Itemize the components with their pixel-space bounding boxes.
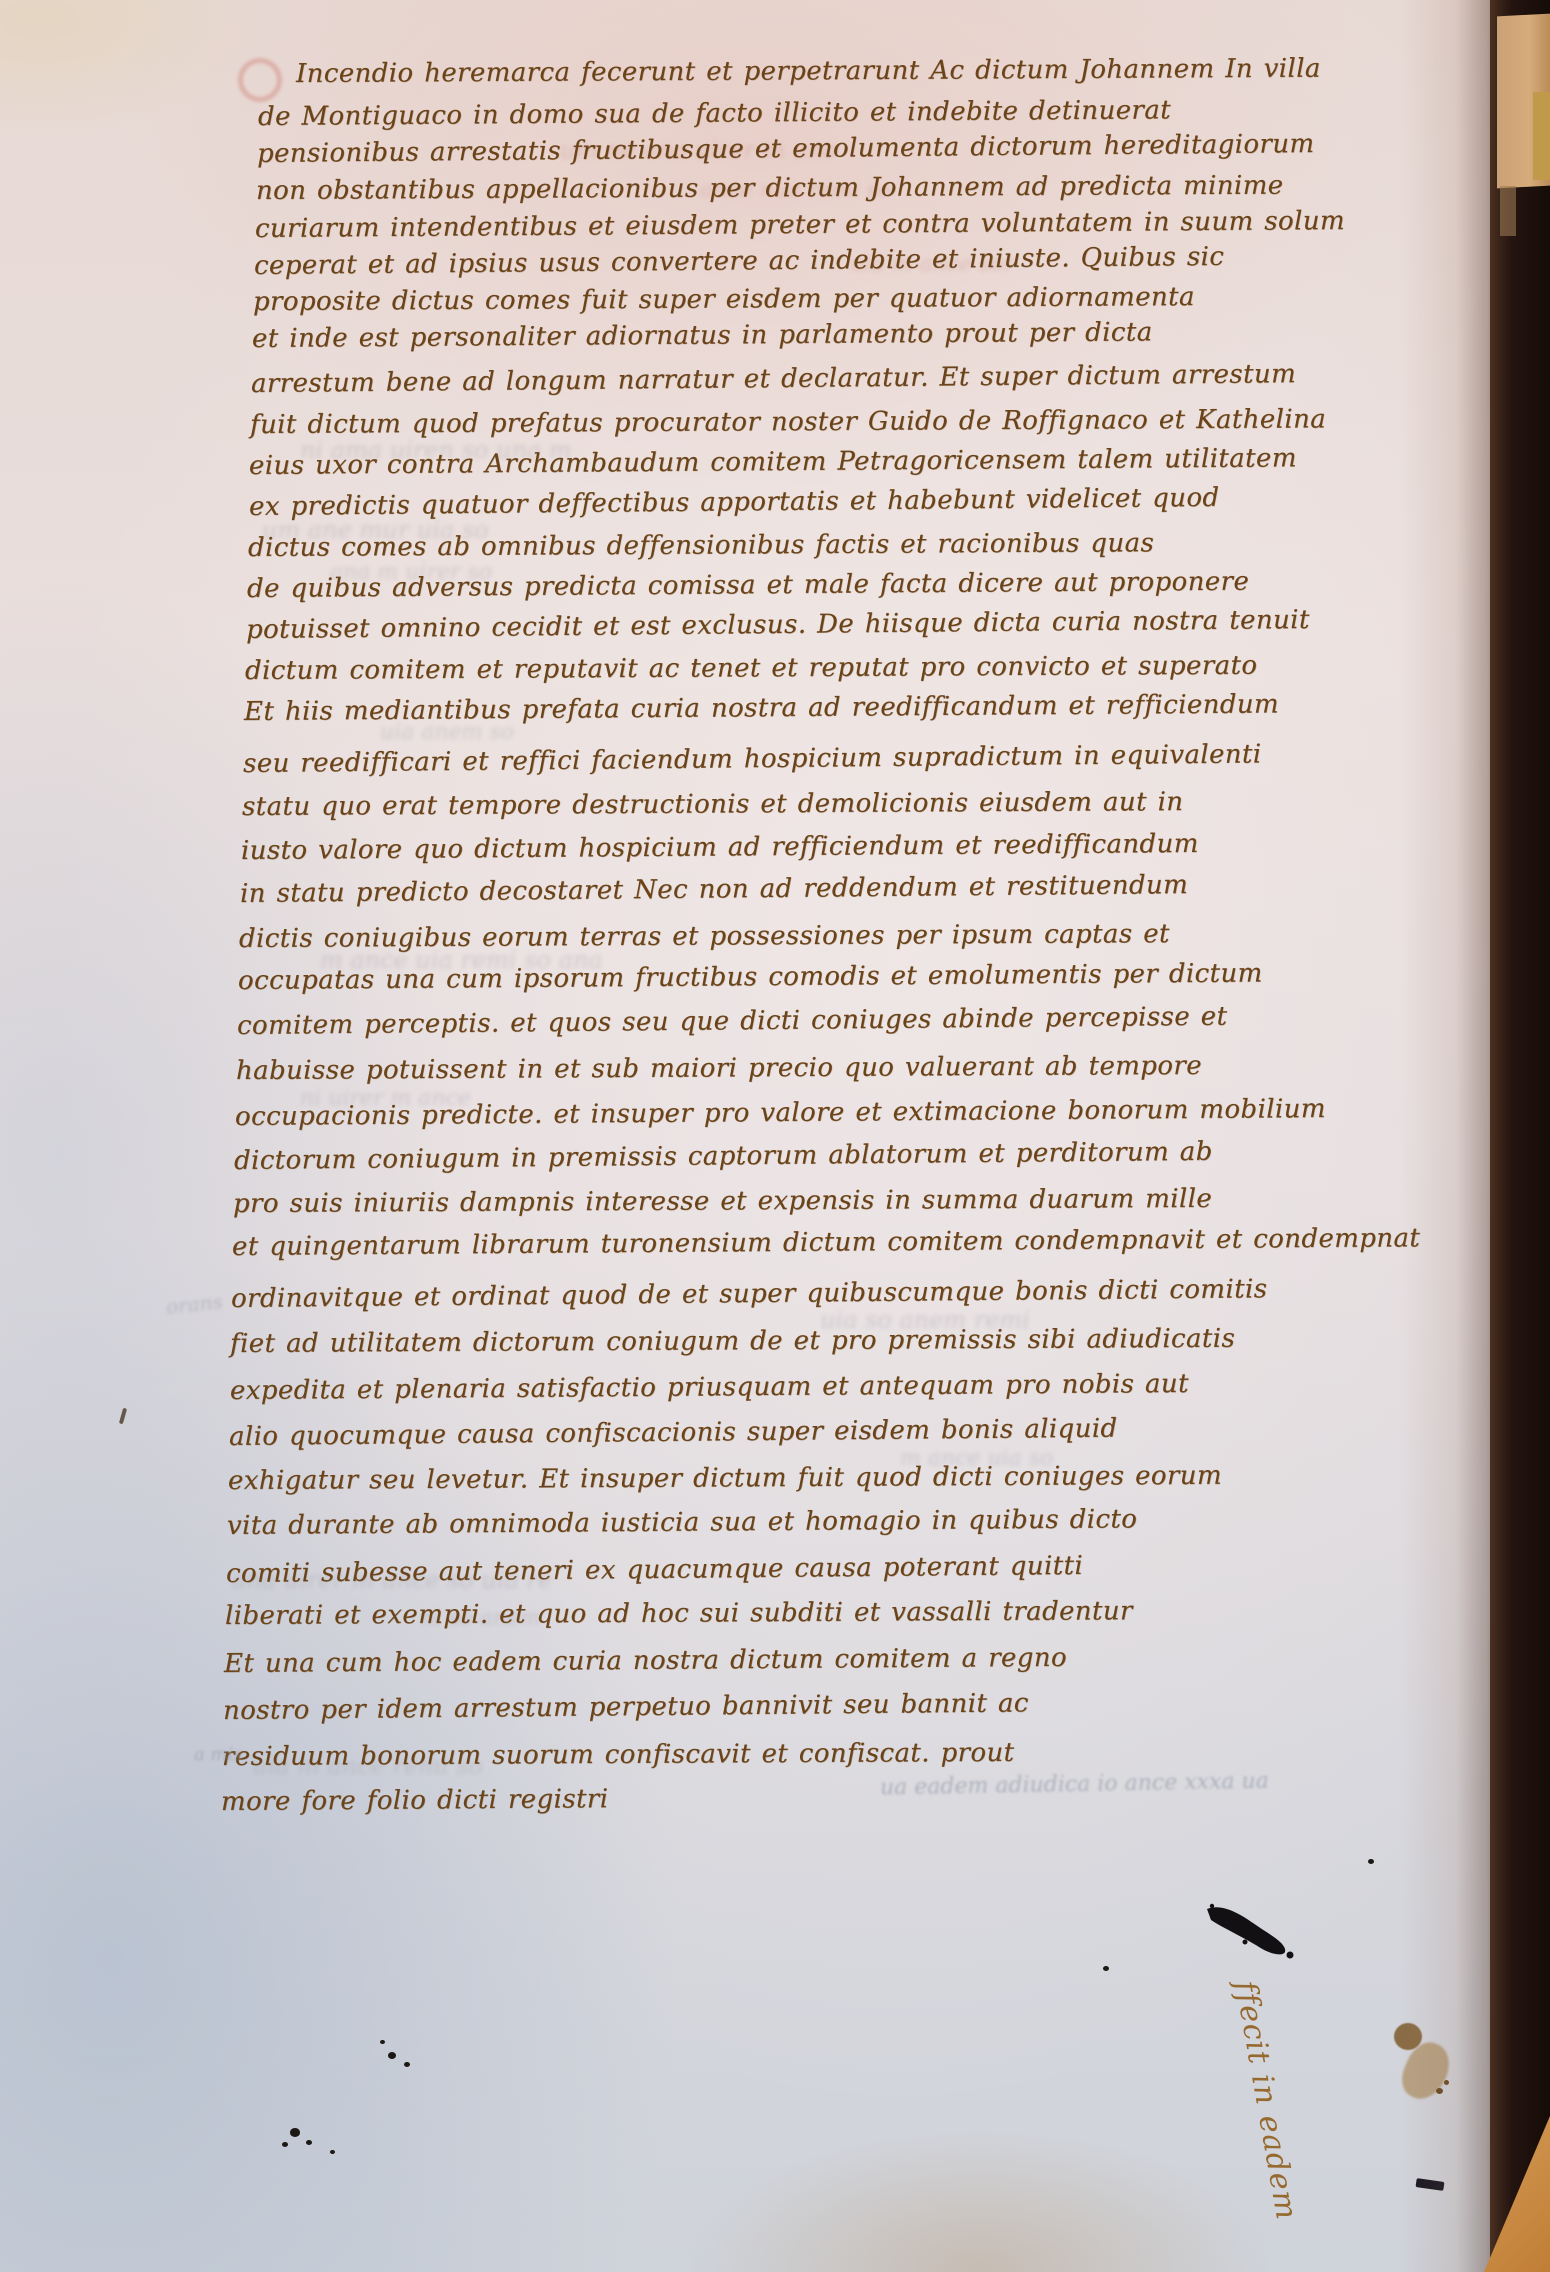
text-line: occupatas una cum ipsorum fructibus como…: [238, 958, 1263, 996]
text-line: arrestum bene ad longum narratur et decl…: [251, 359, 1296, 399]
book-gutter-shadow: [1490, 0, 1550, 2272]
ink-speck: [404, 2062, 410, 2067]
ink-speck: [290, 2128, 300, 2137]
text-line: habuisse potuissent in et sub maiori pre…: [236, 1051, 1202, 1086]
parchment-page: um ne ana uirer m anoance nua remi souia…: [0, 0, 1550, 2272]
text-line: Incendio heremarca fecerunt et perpetrar…: [296, 54, 1321, 89]
text-line: seu reedifficari et reffici faciendum ho…: [243, 739, 1262, 779]
initial-paraph-mark: [238, 58, 282, 102]
text-line: comitem perceptis. et quos seu que dicti…: [237, 1002, 1228, 1041]
text-line: liberati et exempti. et quo ad hoc sui s…: [225, 1596, 1133, 1631]
ink-speck: [388, 2052, 396, 2059]
margin-ghost-note: orans: [165, 1289, 224, 1319]
text-line: expedita et plenaria satisfactio priusqu…: [229, 1369, 1188, 1406]
text-line: ex predictis quatuor deffectibus apporta…: [248, 483, 1219, 522]
text-line: de Montiguaco in domo sua de facto illic…: [258, 95, 1171, 132]
text-line: in statu predicto decostaret Nec non ad …: [240, 870, 1188, 909]
ink-speck: [306, 2140, 312, 2145]
text-line: dictis coniugibus eorum terras et posses…: [239, 919, 1170, 954]
margin-tick-mark: [119, 1408, 127, 1424]
text-line: et quingentarum librarum turonensium dic…: [232, 1223, 1420, 1262]
text-line: statu quo erat tempore destructionis et …: [242, 787, 1184, 822]
text-line: alio quocumque causa confiscacionis supe…: [228, 1414, 1117, 1452]
ink-speck: [380, 2040, 385, 2044]
text-line: dictorum coniugum in premissis captorum …: [234, 1137, 1213, 1176]
text-line: Et una cum hoc eadem curia nostra dictum…: [224, 1643, 1067, 1679]
rotated-margin-note: ffecit in eadem: [1228, 1978, 1305, 2223]
text-line: dictum comitem et reputavit ac tenet et …: [245, 651, 1258, 686]
text-line: non obstantibus appellacionibus per dict…: [256, 171, 1284, 206]
ink-blot: [1195, 1895, 1305, 1970]
text-line: ordinavitque et ordinat quod de et super…: [231, 1274, 1268, 1314]
text-line: pro suis iniuriis dampnis interesse et e…: [233, 1184, 1212, 1219]
text-line: iusto valore quo dictum hospicium ad ref…: [241, 829, 1199, 866]
text-line: pensionibus arrestatis fructibusque et e…: [257, 129, 1315, 169]
text-line: proposite dictus comes fuit super eisdem…: [253, 282, 1195, 317]
text-line: de quibus adversus predicta comissa et m…: [246, 567, 1248, 604]
text-line: comiti subesse aut teneri ex quacumque c…: [226, 1551, 1083, 1589]
ink-speck: [1368, 1859, 1374, 1864]
manuscript-photo: um ne ana uirer m anoance nua remi souia…: [0, 0, 1550, 2272]
text-line: curiarum intendentibus et eiusdem preter…: [255, 206, 1345, 244]
book-edge-pages-sliver: [1500, 186, 1516, 236]
text-line: vita durante ab omnimoda iusticia sua et…: [227, 1504, 1138, 1541]
text-line: dictus comes ab omnibus deffensionibus f…: [247, 528, 1153, 563]
ink-speck: [282, 2142, 288, 2147]
text-line: residuum bonorum suorum confiscavit et c…: [222, 1738, 1015, 1772]
text-line: more fore folio dicti registri: [221, 1784, 609, 1817]
margin-ghost-note: a mis: [194, 1744, 243, 1765]
ink-speck: [1103, 1966, 1109, 1971]
text-line: fiet ad utilitatem dictorum coniugum de …: [230, 1324, 1235, 1359]
ink-speck: [330, 2150, 335, 2154]
text-line: ceperat et ad ipsius usus convertere ac …: [254, 242, 1225, 281]
text-line: fuit dictum quod prefatus procurator nos…: [250, 404, 1326, 440]
book-edge-gilt: [1533, 92, 1550, 180]
text-line: potuisset omnino cecidit et est exclusus…: [245, 605, 1309, 645]
offset-ghost-text: ua eadem adiudica io ance xxxa ua: [880, 1769, 1269, 1801]
text-line: Et hiis mediantibus prefata curia nostra…: [244, 689, 1279, 727]
text-line: exhigatur seu levetur. Et insuper dictum…: [228, 1461, 1222, 1496]
page-curvature-shadow: [1400, 0, 1502, 2272]
text-line: occupacionis predicte. et insuper pro va…: [235, 1094, 1326, 1132]
text-line: et inde est personaliter adiornatus in p…: [252, 317, 1153, 354]
text-line: eius uxor contra Archambaudum comitem Pe…: [249, 443, 1297, 481]
text-line: nostro per idem arrestum perpetuo banniv…: [223, 1688, 1029, 1726]
